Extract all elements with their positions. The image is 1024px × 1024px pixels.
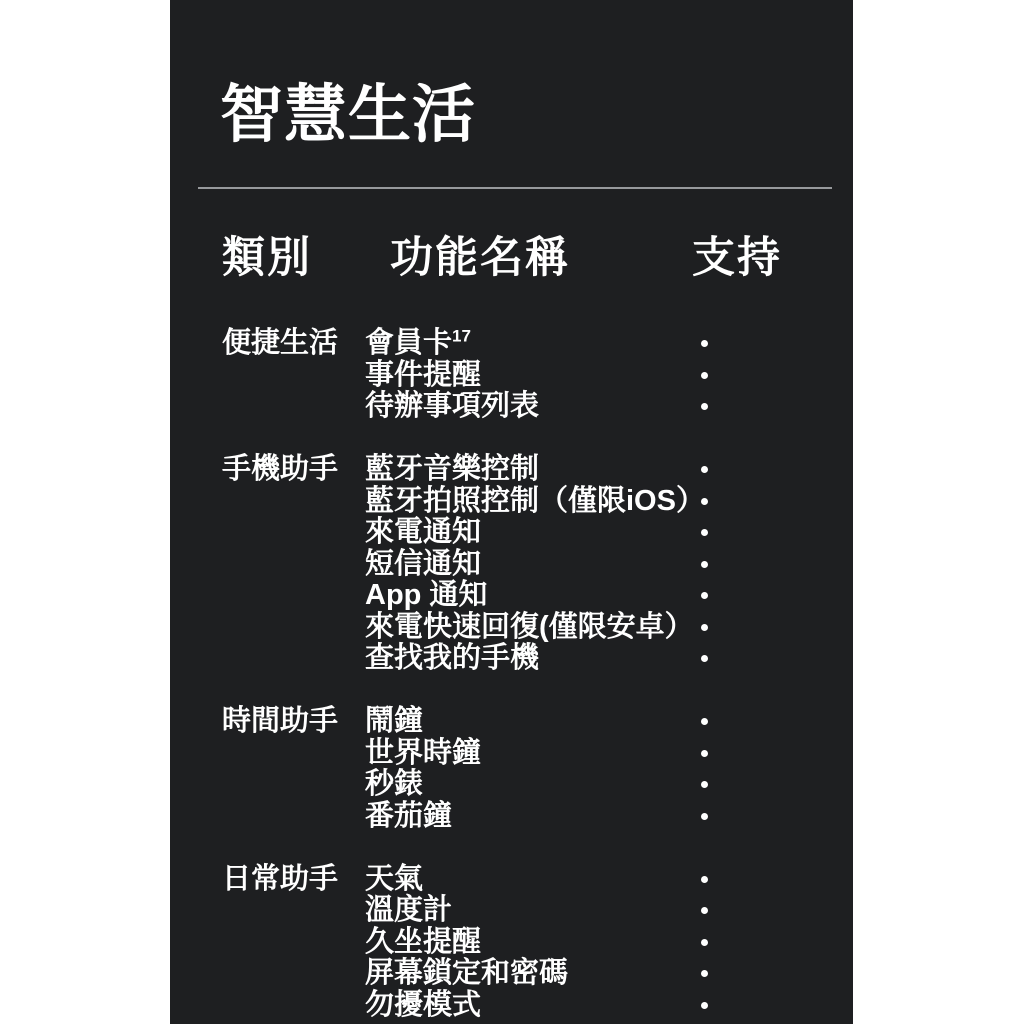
support-dot xyxy=(701,529,708,536)
header-support: 支持 xyxy=(692,233,853,283)
support-dot xyxy=(701,372,708,379)
spec-section: 日常助手天氣溫度計久坐提醒屏幕鎖定和密碼勿擾模式 xyxy=(222,864,853,1022)
table-row: 屏幕鎖定和密碼 xyxy=(222,958,853,990)
feature-label: 藍牙音樂控制 xyxy=(365,453,539,485)
feature-label: 番茄鐘 xyxy=(365,800,452,832)
feature-label: 久坐提醒 xyxy=(365,926,481,958)
support-dot xyxy=(701,655,708,662)
feature-cell: 待辦事項列表 xyxy=(365,391,692,423)
table-row: 來電快速回復(僅限安卓） xyxy=(222,612,853,644)
feature-label: 藍牙拍照控制（僅限iOS） xyxy=(365,485,705,517)
category-cell xyxy=(222,895,365,927)
category-cell: 便捷生活 xyxy=(222,328,365,360)
table-row: 來電通知 xyxy=(222,517,853,549)
spec-section: 便捷生活會員卡17事件提醒待辦事項列表 xyxy=(222,328,853,423)
feature-cell: 會員卡17 xyxy=(365,328,692,360)
table-row: 溫度計 xyxy=(222,895,853,927)
support-cell xyxy=(692,643,853,675)
support-cell xyxy=(692,328,853,360)
feature-cell: 久坐提醒 xyxy=(365,927,692,959)
table-row: 久坐提醒 xyxy=(222,927,853,959)
support-dot xyxy=(701,907,708,914)
support-dot xyxy=(701,939,708,946)
feature-label: 屏幕鎖定和密碼 xyxy=(365,957,568,989)
feature-cell: 屏幕鎖定和密碼 xyxy=(365,958,692,990)
support-cell xyxy=(692,454,853,486)
category-cell xyxy=(222,517,365,549)
feature-cell: App 通知 xyxy=(365,580,692,612)
category-cell xyxy=(222,769,365,801)
table-row: 便捷生活會員卡17 xyxy=(222,328,853,360)
support-dot xyxy=(701,750,708,757)
table-row: App 通知 xyxy=(222,580,853,612)
header-category: 類別 xyxy=(222,233,365,283)
feature-cell: 鬧鐘 xyxy=(365,706,692,738)
table-row: 事件提醒 xyxy=(222,360,853,392)
feature-cell: 事件提醒 xyxy=(365,360,692,392)
support-cell xyxy=(692,958,853,990)
support-dot xyxy=(701,340,708,347)
support-cell xyxy=(692,580,853,612)
feature-cell: 溫度計 xyxy=(365,895,692,927)
table-row: 短信通知 xyxy=(222,549,853,581)
category-cell xyxy=(222,927,365,959)
category-cell xyxy=(222,738,365,770)
support-dot xyxy=(701,970,708,977)
feature-cell: 藍牙拍照控制（僅限iOS） xyxy=(365,486,692,518)
support-dot xyxy=(701,1002,708,1009)
support-dot xyxy=(701,561,708,568)
table-row: 藍牙拍照控制（僅限iOS） xyxy=(222,486,853,518)
divider-line xyxy=(198,187,832,189)
support-cell xyxy=(692,486,853,518)
category-cell: 手機助手 xyxy=(222,454,365,486)
support-cell xyxy=(692,391,853,423)
category-cell xyxy=(222,391,365,423)
support-dot xyxy=(701,498,708,505)
support-dot xyxy=(701,592,708,599)
category-cell xyxy=(222,549,365,581)
support-dot xyxy=(701,813,708,820)
feature-label: App 通知 xyxy=(365,579,487,611)
category-cell xyxy=(222,643,365,675)
feature-cell: 來電通知 xyxy=(365,517,692,549)
feature-label: 世界時鐘 xyxy=(365,737,481,769)
smart-life-spec-card: 智慧生活 類別 功能名稱 支持 便捷生活會員卡17事件提醒待辦事項列表手機助手藍… xyxy=(170,0,853,1024)
feature-label: 待辦事項列表 xyxy=(365,390,539,422)
table-row: 番茄鐘 xyxy=(222,801,853,833)
feature-label: 來電快速回復(僅限安卓） xyxy=(365,611,694,643)
feature-cell: 秒錶 xyxy=(365,769,692,801)
feature-label: 溫度計 xyxy=(365,894,452,926)
table-row: 世界時鐘 xyxy=(222,738,853,770)
support-cell xyxy=(692,990,853,1022)
support-cell xyxy=(692,549,853,581)
feature-cell: 世界時鐘 xyxy=(365,738,692,770)
support-cell xyxy=(692,738,853,770)
feature-label: 查找我的手機 xyxy=(365,642,539,674)
feature-label: 來電通知 xyxy=(365,516,481,548)
support-cell xyxy=(692,517,853,549)
table-row: 秒錶 xyxy=(222,769,853,801)
feature-cell: 查找我的手機 xyxy=(365,643,692,675)
feature-cell: 藍牙音樂控制 xyxy=(365,454,692,486)
feature-label: 鬧鐘 xyxy=(365,705,423,737)
support-dot xyxy=(701,876,708,883)
table-row: 時間助手鬧鐘 xyxy=(222,706,853,738)
table-row: 查找我的手機 xyxy=(222,643,853,675)
spec-section: 時間助手鬧鐘世界時鐘秒錶番茄鐘 xyxy=(222,706,853,832)
page-title: 智慧生活 xyxy=(170,0,853,147)
support-cell xyxy=(692,769,853,801)
feature-cell: 天氣 xyxy=(365,864,692,896)
support-cell xyxy=(692,895,853,927)
category-cell xyxy=(222,990,365,1022)
table-row: 手機助手藍牙音樂控制 xyxy=(222,454,853,486)
category-cell xyxy=(222,958,365,990)
header-feature: 功能名稱 xyxy=(365,233,692,283)
feature-cell: 勿擾模式 xyxy=(365,990,692,1022)
category-cell xyxy=(222,580,365,612)
feature-cell: 番茄鐘 xyxy=(365,801,692,833)
table-row: 日常助手天氣 xyxy=(222,864,853,896)
support-cell xyxy=(692,706,853,738)
support-dot xyxy=(701,403,708,410)
table-row: 勿擾模式 xyxy=(222,990,853,1022)
feature-label: 短信通知 xyxy=(365,548,481,580)
category-cell xyxy=(222,612,365,644)
category-cell xyxy=(222,360,365,392)
support-dot xyxy=(701,466,708,473)
category-cell xyxy=(222,486,365,518)
category-cell: 時間助手 xyxy=(222,706,365,738)
support-cell xyxy=(692,612,853,644)
spec-section: 手機助手藍牙音樂控制藍牙拍照控制（僅限iOS）來電通知短信通知App 通知來電快… xyxy=(222,454,853,675)
feature-label: 勿擾模式 xyxy=(365,989,481,1021)
support-dot xyxy=(701,624,708,631)
footnote-marker: 17 xyxy=(452,326,471,345)
table-header-row: 類別 功能名稱 支持 xyxy=(222,233,853,283)
feature-label: 天氣 xyxy=(365,863,423,895)
category-cell xyxy=(222,801,365,833)
support-cell xyxy=(692,360,853,392)
support-cell xyxy=(692,927,853,959)
support-dot xyxy=(701,718,708,725)
feature-cell: 來電快速回復(僅限安卓） xyxy=(365,612,692,644)
support-cell xyxy=(692,864,853,896)
support-cell xyxy=(692,801,853,833)
support-dot xyxy=(701,781,708,788)
feature-label: 事件提醒 xyxy=(365,359,481,391)
feature-cell: 短信通知 xyxy=(365,549,692,581)
spec-table-body: 便捷生活會員卡17事件提醒待辦事項列表手機助手藍牙音樂控制藍牙拍照控制（僅限iO… xyxy=(222,328,853,1021)
feature-label: 秒錶 xyxy=(365,768,423,800)
feature-label: 會員卡 xyxy=(365,327,452,359)
category-cell: 日常助手 xyxy=(222,864,365,896)
table-row: 待辦事項列表 xyxy=(222,391,853,423)
